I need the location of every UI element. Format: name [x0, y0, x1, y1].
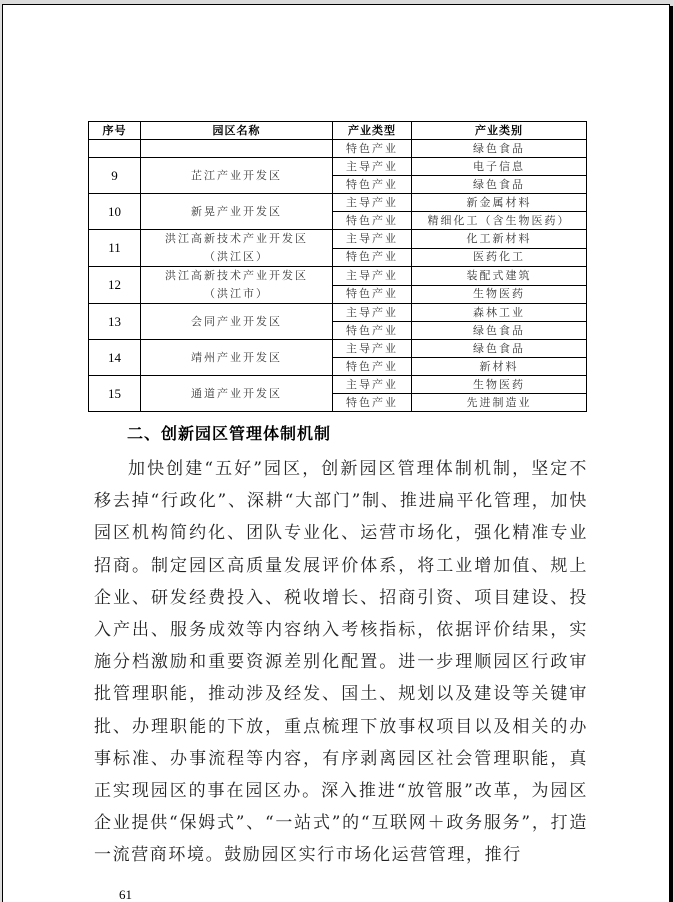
header-no: 序号 [89, 122, 141, 140]
park-name: 芷江产业开发区 [141, 167, 332, 185]
cell-type: 主导产业 [333, 230, 412, 249]
cell-type: 特色产业 [333, 358, 412, 376]
cell-type: 特色产业 [333, 140, 412, 158]
cell-type: 主导产业 [333, 304, 412, 322]
cell-category: 生物医药 [412, 376, 587, 394]
document-page: 序号 园区名称 产业类型 产业类别 特色产业 绿色食品 9芷江产业开发区主导产业… [2, 4, 670, 902]
cell-category: 绿色食品 [412, 322, 587, 340]
cell-type: 特色产业 [333, 212, 412, 230]
table-row: 9芷江产业开发区主导产业电子信息 [89, 158, 587, 176]
cell-category: 绿色食品 [412, 340, 587, 358]
header-park-name: 园区名称 [141, 122, 333, 140]
cell-type: 特色产业 [333, 248, 412, 267]
park-name-line2: （洪江市） [141, 285, 332, 303]
cell-type: 主导产业 [333, 267, 412, 286]
cell-type: 主导产业 [333, 340, 412, 358]
cell-type: 主导产业 [333, 376, 412, 394]
cell-type: 特色产业 [333, 285, 412, 304]
header-industry-type: 产业类型 [333, 122, 412, 140]
park-name: 靖州产业开发区 [141, 349, 332, 367]
cell-category: 先进制造业 [412, 394, 587, 412]
cell-name: 洪江高新技术产业开发区（洪江区） [141, 230, 333, 267]
table-row: 14靖州产业开发区主导产业绿色食品 [89, 340, 587, 358]
cell-category: 电子信息 [412, 158, 587, 176]
park-name: 洪江高新技术产业开发区 [141, 267, 332, 285]
cell-category: 装配式建筑 [412, 267, 587, 286]
park-name: 洪江高新技术产业开发区 [141, 230, 332, 248]
body-text: 加快创建“五好”园区，创新园区管理体制机制，坚定不移去掉“行政化”、深耕“大部门… [94, 453, 588, 872]
section-heading: 二、创新园区管理体制机制 [127, 421, 331, 444]
cell-no: 14 [89, 340, 141, 376]
cell-name: 靖州产业开发区 [141, 340, 333, 376]
cell-name: 会同产业开发区 [141, 304, 333, 340]
cell-no: 12 [89, 267, 141, 304]
cell-name: 新晃产业开发区 [141, 194, 333, 230]
table-row: 12洪江高新技术产业开发区（洪江市）主导产业装配式建筑 [89, 267, 587, 286]
cell-name [141, 140, 333, 158]
table-header-row: 序号 园区名称 产业类型 产业类别 [89, 122, 587, 140]
cell-type: 特色产业 [333, 176, 412, 194]
cell-category: 新金属材料 [412, 194, 587, 212]
industrial-parks-table: 序号 园区名称 产业类型 产业类别 特色产业 绿色食品 9芷江产业开发区主导产业… [88, 121, 587, 412]
cell-type: 特色产业 [333, 394, 412, 412]
cell-category: 新材料 [412, 358, 587, 376]
park-name: 通道产业开发区 [141, 385, 332, 403]
cell-no: 13 [89, 304, 141, 340]
header-industry-category: 产业类别 [412, 122, 587, 140]
table-row: 10新晃产业开发区主导产业新金属材料 [89, 194, 587, 212]
cell-category: 医药化工 [412, 248, 587, 267]
table-row: 11洪江高新技术产业开发区（洪江区）主导产业化工新材料 [89, 230, 587, 249]
cell-category: 森林工业 [412, 304, 587, 322]
cell-name: 芷江产业开发区 [141, 158, 333, 194]
cell-no: 10 [89, 194, 141, 230]
cell-no: 11 [89, 230, 141, 267]
cell-no: 15 [89, 376, 141, 412]
cell-category: 绿色食品 [412, 176, 587, 194]
cell-name: 通道产业开发区 [141, 376, 333, 412]
park-name: 会同产业开发区 [141, 313, 332, 331]
park-name-line2: （洪江区） [141, 248, 332, 266]
cell-category: 精细化工（含生物医药） [412, 212, 587, 230]
cell-category: 化工新材料 [412, 230, 587, 249]
park-name: 新晃产业开发区 [141, 203, 332, 221]
table-row-continuation: 特色产业 绿色食品 [89, 140, 587, 158]
table-row: 15通道产业开发区主导产业生物医药 [89, 376, 587, 394]
cell-name: 洪江高新技术产业开发区（洪江市） [141, 267, 333, 304]
cell-type: 主导产业 [333, 194, 412, 212]
cell-category: 绿色食品 [412, 140, 587, 158]
cell-no [89, 140, 141, 158]
cell-no: 9 [89, 158, 141, 194]
table-row: 13会同产业开发区主导产业森林工业 [89, 304, 587, 322]
cell-category: 生物医药 [412, 285, 587, 304]
page-number: 61 [119, 887, 132, 902]
cell-type: 特色产业 [333, 322, 412, 340]
cell-type: 主导产业 [333, 158, 412, 176]
paragraph: 加快创建“五好”园区，创新园区管理体制机制，坚定不移去掉“行政化”、深耕“大部门… [94, 453, 588, 872]
